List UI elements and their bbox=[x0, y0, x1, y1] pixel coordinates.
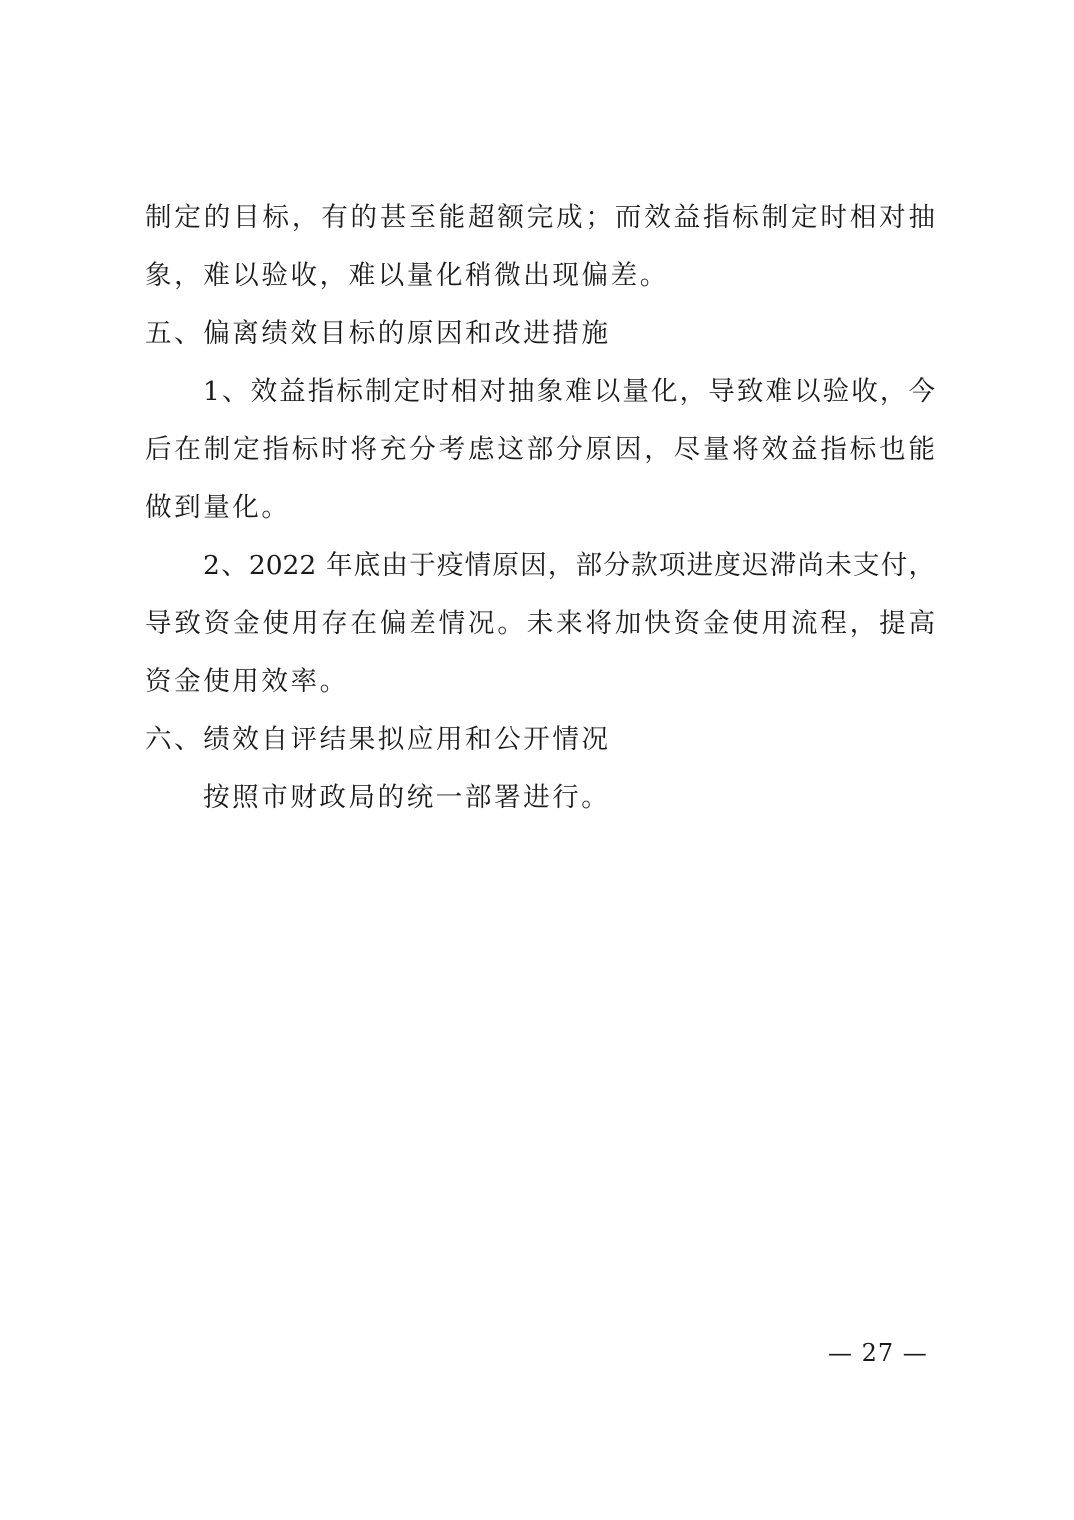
section-6-heading: 六、绩效自评结果拟应用和公开情况 bbox=[145, 723, 935, 757]
paragraph-continuation-line-2: 象，难以验收，难以量化稍微出现偏差。 bbox=[145, 259, 935, 293]
paragraph-continuation-line-1: 制定的目标，有的甚至能超额完成；而效益指标制定时相对抽 bbox=[145, 201, 935, 235]
section-6-body: 按照市财政局的统一部署进行。 bbox=[203, 781, 935, 815]
section-5-item-2-line-3: 资金使用效率。 bbox=[145, 665, 935, 699]
document-page: 制定的目标，有的甚至能超额完成；而效益指标制定时相对抽 象，难以验收，难以量化稍… bbox=[0, 0, 1074, 1520]
section-5-heading: 五、偏离绩效目标的原因和改进措施 bbox=[145, 317, 935, 351]
section-5-item-1-line-3: 做到量化。 bbox=[145, 491, 935, 525]
page-number: — 27 — bbox=[828, 1338, 928, 1368]
section-5-item-1-line-2: 后在制定指标时将充分考虑这部分原因，尽量将效益指标也能 bbox=[145, 433, 935, 467]
section-5-item-1-line-1: 1、效益指标制定时相对抽象难以量化，导致难以验收，今 bbox=[203, 375, 935, 409]
section-5-item-2-line-2: 导致资金使用存在偏差情况。未来将加快资金使用流程，提高 bbox=[145, 607, 935, 641]
section-5-item-2-line-1: 2、2022 年底由于疫情原因，部分款项进度迟滞尚未支付， bbox=[203, 549, 935, 583]
